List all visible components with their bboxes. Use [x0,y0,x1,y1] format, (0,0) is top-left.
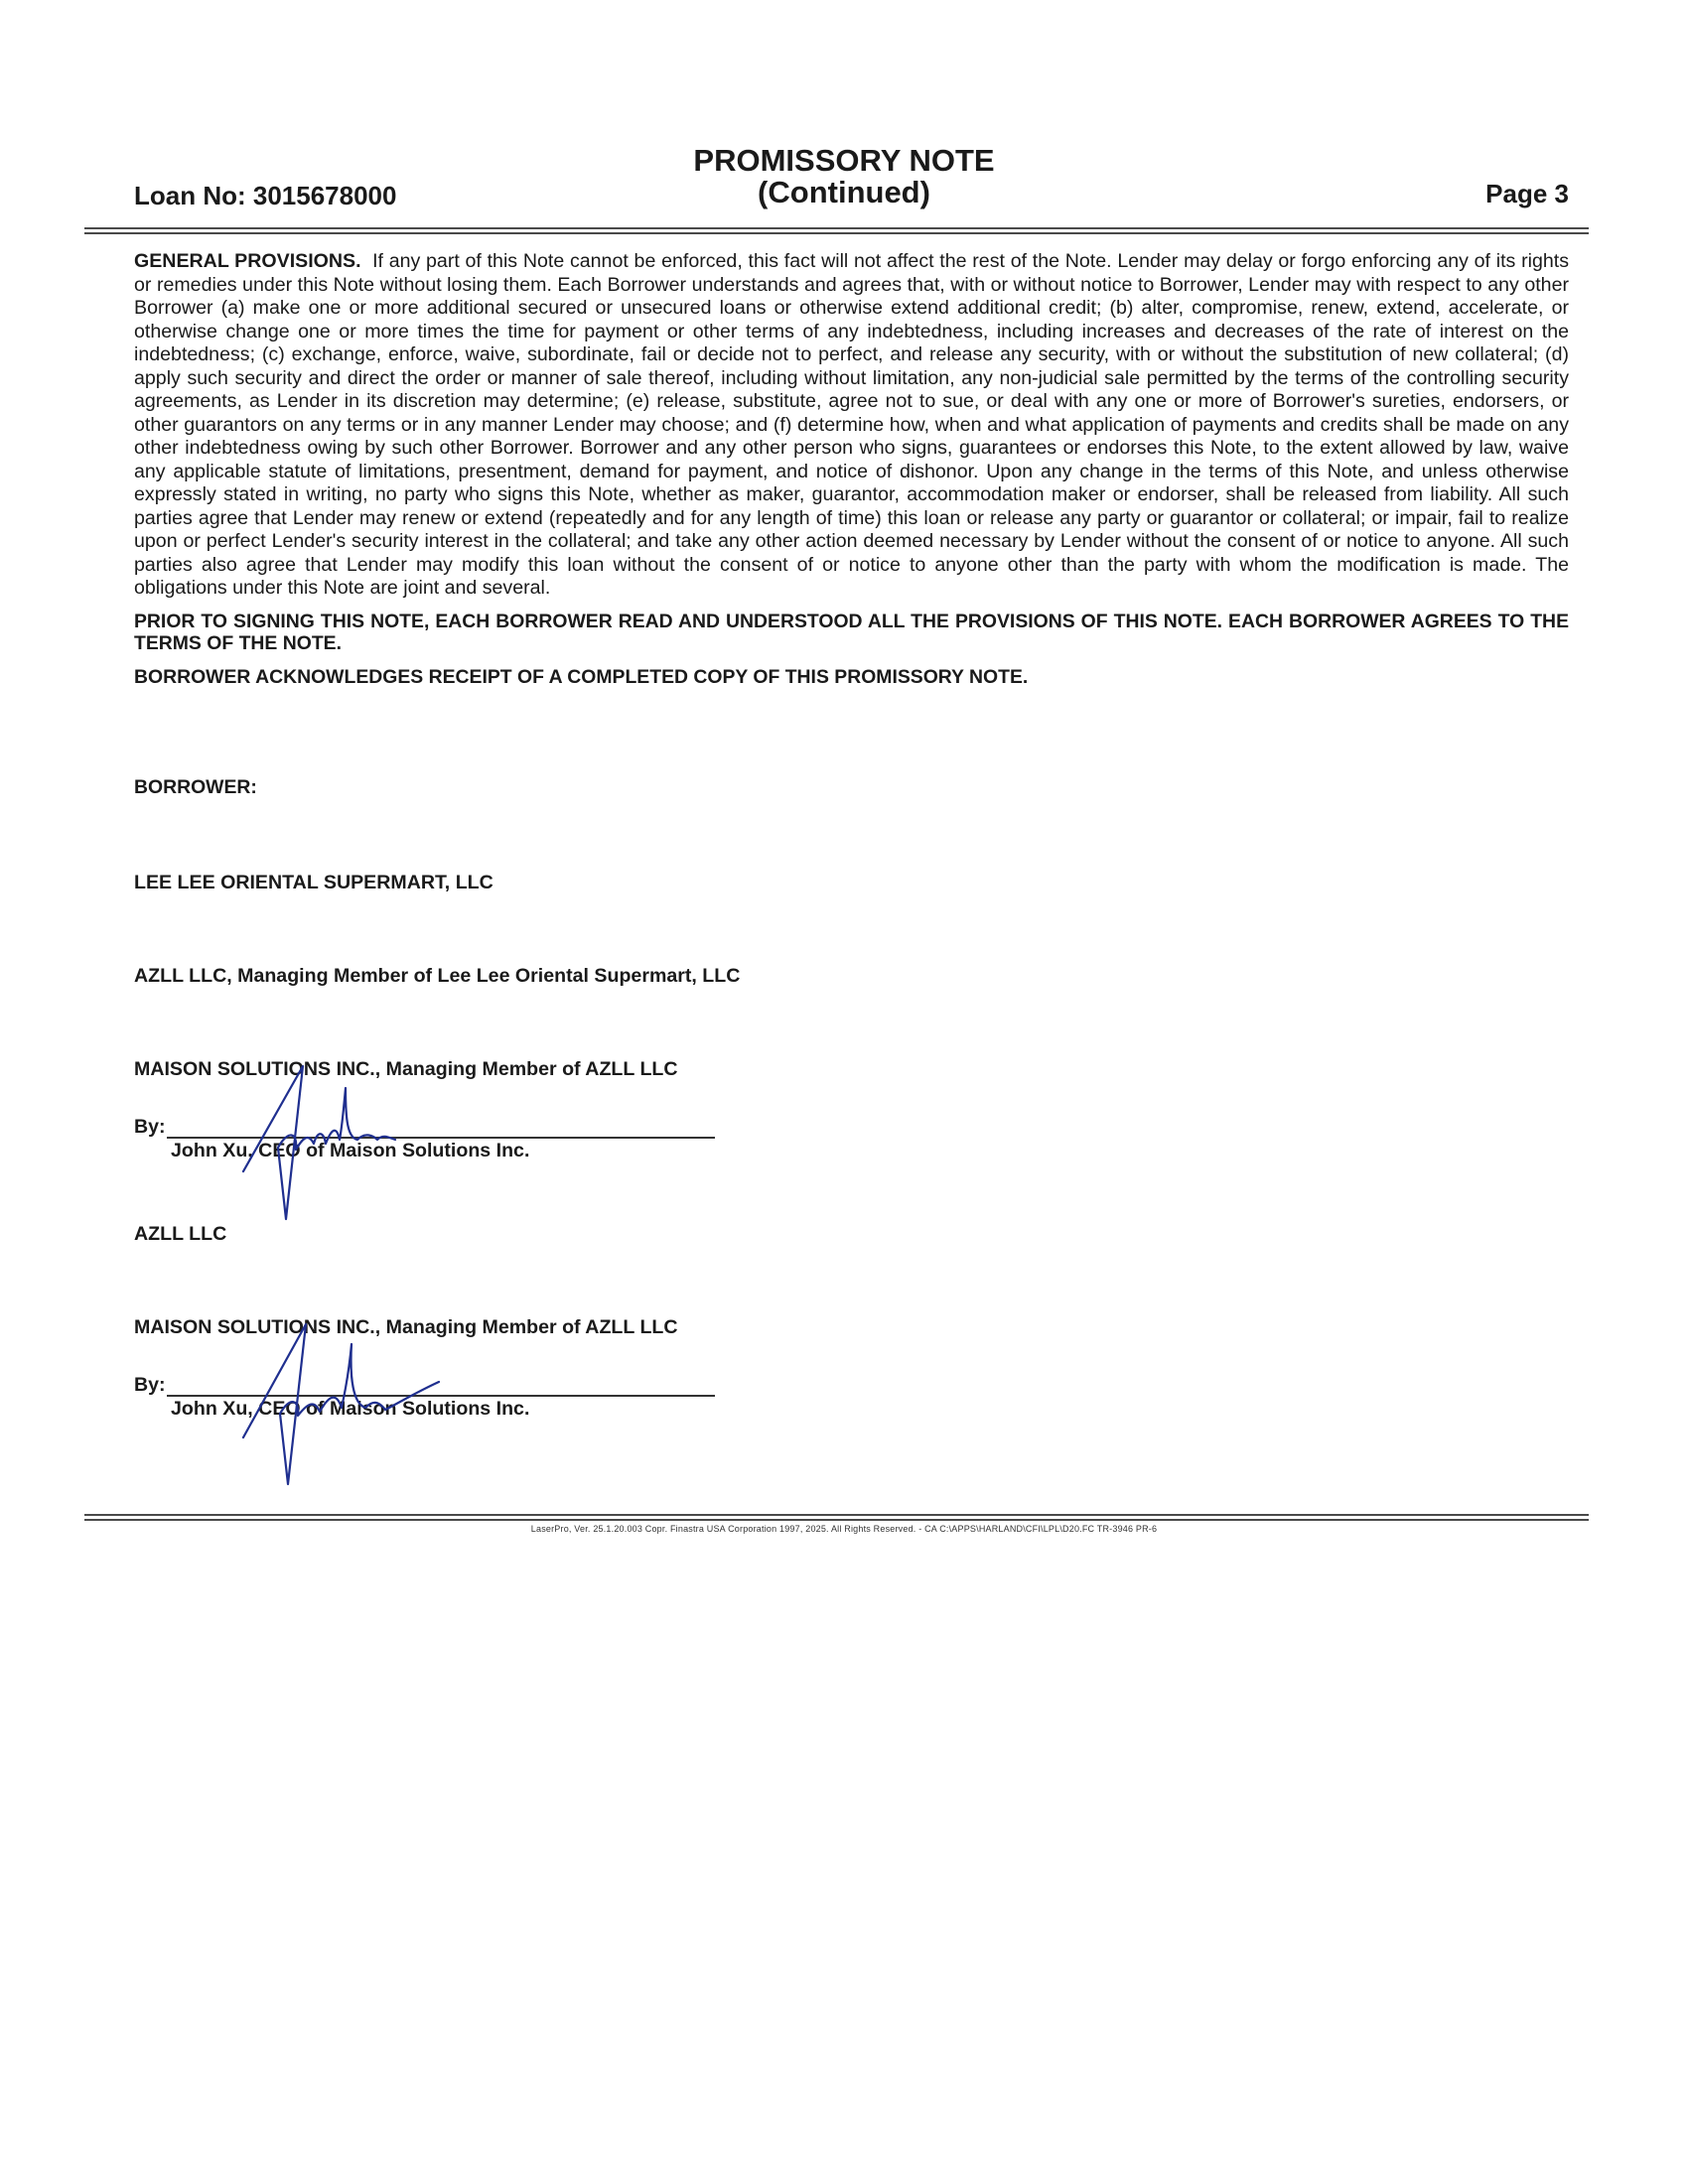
document-body: GENERAL PROVISIONS. If any part of this … [134,250,1569,688]
general-provisions-text: If any part of this Note cannot be enfor… [134,250,1569,599]
document-page: Loan No: 3015678000 PROMISSORY NOTE (Con… [0,0,1688,2184]
signature-block-2-pre-entity: AZLL LLC [134,1223,226,1246]
prior-to-signing-statement: PRIOR TO SIGNING THIS NOTE, EACH BORROWE… [134,611,1569,654]
signature-block-1-by-label: By: [134,1116,166,1139]
managing-member-entity: AZLL LLC, Managing Member of Lee Lee Ori… [134,965,740,988]
handwritten-signature-1 [228,1060,417,1219]
borrower-entity-name: LEE LEE ORIENTAL SUPERMART, LLC [134,872,493,894]
title-line-2: (Continued) [0,177,1688,208]
document-title: PROMISSORY NOTE (Continued) [0,145,1688,208]
receipt-acknowledgement: BORROWER ACKNOWLEDGES RECEIPT OF A COMPL… [134,666,1569,688]
general-provisions-paragraph: GENERAL PROVISIONS. If any part of this … [134,250,1569,601]
signature-block-2-by-label: By: [134,1374,166,1397]
borrower-label: BORROWER: [134,776,257,799]
page-number: Page 3 [1485,179,1569,209]
footer-double-rule [84,1514,1589,1522]
software-copyright-footer: LaserPro, Ver. 25.1.20.003 Copr. Finastr… [0,1524,1688,1534]
handwritten-signature-2 [228,1320,457,1484]
general-provisions-heading: GENERAL PROVISIONS. [134,250,361,272]
header-double-rule [84,227,1589,235]
title-line-1: PROMISSORY NOTE [0,145,1688,177]
